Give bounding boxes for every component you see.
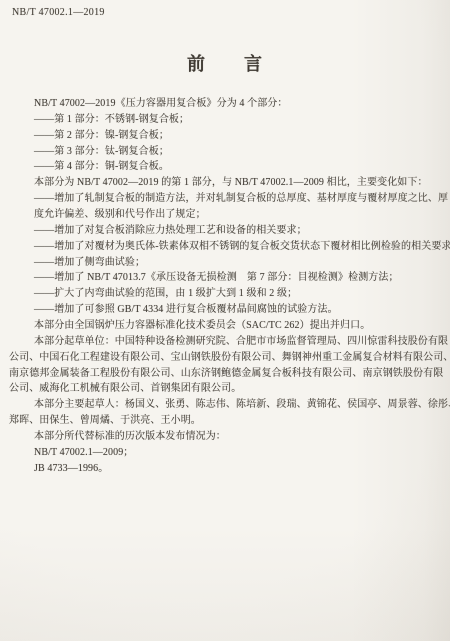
body-line: 郑晖、田保生、曾周燏、于洪亮、王小明。	[9, 413, 447, 429]
body-line: 公司、中国石化工程建设有限公司、宝山钢铁股份有限公司、舞钢神州重工金属复合材料有…	[9, 350, 447, 366]
body-line: 本部分起草单位：中国特种设备检测研究院、合肥市市场监督管理局、四川惊雷科技股份有…	[9, 334, 447, 350]
body-line: 度允许偏差、级别和代号作出了规定；	[9, 207, 447, 223]
body-line: 本部分主要起草人：杨国义、张勇、陈志伟、陈培新、段瑞、黄锦花、侯国亭、周景蓉、徐…	[9, 397, 447, 413]
body-line: ——第 4 部分：铜-钢复合板。	[9, 159, 447, 175]
body-line: ——第 2 部分：镍-钢复合板；	[9, 128, 447, 144]
body-line: ——第 1 部分：不锈钢-钢复合板；	[9, 112, 447, 128]
standard-number-header: NB/T 47002.1—2019	[12, 7, 105, 18]
foreword-body: NB/T 47002—2019《压力容器用复合板》分为 4 个部分：——第 1 …	[9, 96, 447, 477]
body-line: 南京德邦金属装备工程股份有限公司、山东济钢鲍德金属复合板科技有限公司、南京钢铁股…	[9, 366, 447, 382]
body-line: JB 4733—1996。	[9, 461, 447, 477]
body-line: ——增加了侧弯曲试验；	[9, 255, 447, 271]
body-line: ——第 3 部分：钛-钢复合板；	[9, 144, 447, 160]
body-line: ——扩大了内弯曲试验的范围，由 1 级扩大到 1 级和 2 级；	[9, 286, 447, 302]
body-line: NB/T 47002—2019《压力容器用复合板》分为 4 个部分：	[9, 96, 447, 112]
body-line: ——增加了 NB/T 47013.7《承压设备无损检测 第 7 部分：目视检测》…	[9, 270, 447, 286]
body-line: 本部分所代替标准的历次版本发布情况为：	[9, 429, 447, 445]
body-line: ——增加了可参照 GB/T 4334 进行复合板覆材晶间腐蚀的试验方法。	[9, 302, 447, 318]
document-page: NB/T 47002.1—2019 前 言 NB/T 47002—2019《压力…	[0, 0, 450, 641]
body-line: ——增加了对复合板消除应力热处理工艺和设备的相关要求；	[9, 223, 447, 239]
body-line: 公司、威海化工机械有限公司、首钢集团有限公司。	[9, 381, 447, 397]
body-line: ——增加了对覆材为奥氏体-铁素体双相不锈钢的复合板交货状态下覆材相比例检验的相关…	[9, 239, 447, 255]
foreword-title: 前 言	[0, 50, 450, 76]
body-line: 本部分为 NB/T 47002—2019 的第 1 部分，与 NB/T 4700…	[9, 175, 447, 191]
body-line: NB/T 47002.1—2009；	[9, 445, 447, 461]
body-line: ——增加了轧制复合板的制造方法，并对轧制复合板的总厚度、基材厚度与覆材厚度之比、…	[9, 191, 447, 207]
body-line: 本部分由全国锅炉压力容器标准化技术委员会（SAC/TC 262）提出并归口。	[9, 318, 447, 334]
